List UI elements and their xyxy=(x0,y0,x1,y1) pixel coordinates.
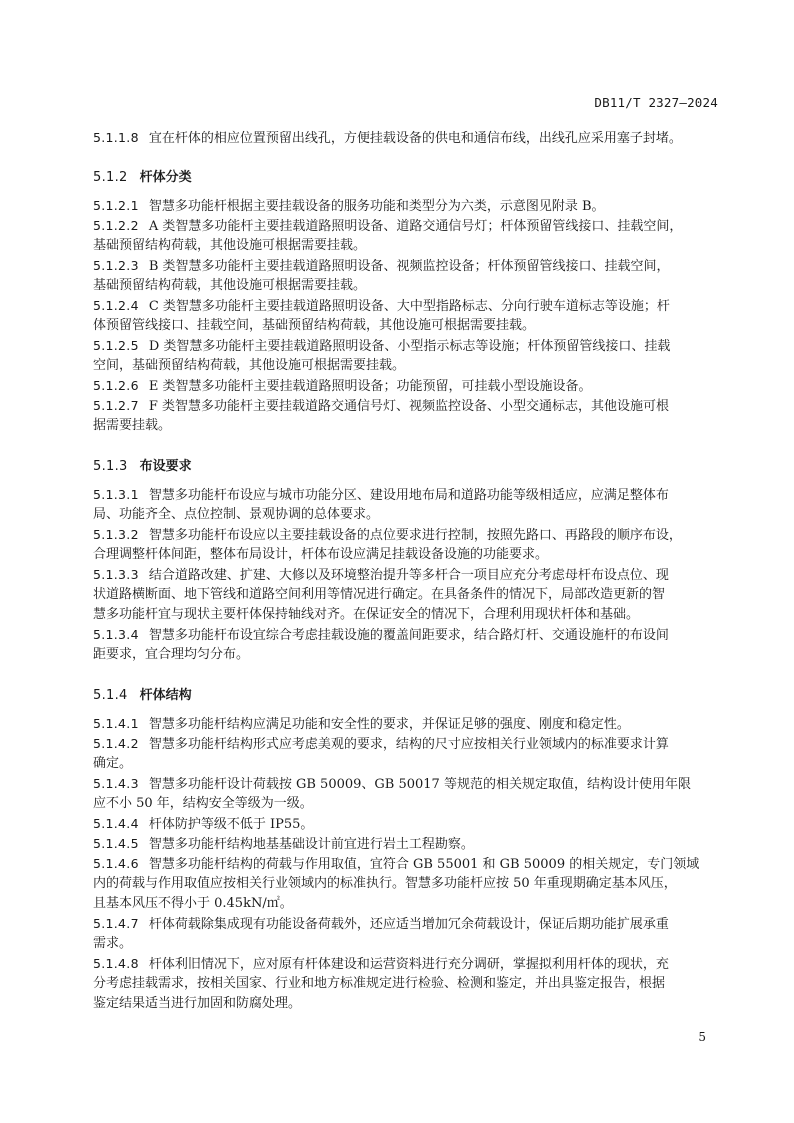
clause-continuation: 空间，基础预留结构荷载，其他设施可根据需要挂载。 xyxy=(93,356,405,376)
clause-5-1-3-4: 5.1.3.4智慧多功能杆布设宜综合考虑挂载设施的覆盖间距要求，结合路灯杆、交通… xyxy=(93,625,723,646)
clause-5-1-1-8: 5.1.1.8宜在杆体的相应位置预留出线孔，方便挂载设备的供电和通信布线，出线孔… xyxy=(93,128,723,149)
section-title: 杆体分类 xyxy=(140,170,192,185)
section-title: 布设要求 xyxy=(140,459,192,474)
clause-continuation: 合理调整杆体间距，整体布局设计，杆体布设应满足挂载设备设施的功能要求。 xyxy=(93,545,548,565)
clause-continuation: 基础预留结构荷载，其他设施可根据需要挂载。 xyxy=(93,236,366,256)
clause-continuation: 鉴定结果适当进行加固和防腐处理。 xyxy=(93,994,301,1014)
section-heading-5-1-3: 5.1.3布设要求 xyxy=(93,455,192,474)
clause-continuation: 分考虑挂载需求，按相关国家、行业和地方标准规定进行检验、检测和鉴定，并出具鉴定报… xyxy=(93,974,665,994)
clause-continuation: 需求。 xyxy=(93,934,132,954)
clause-continuation: 慧多功能杆宜与现状主要杆体保持轴线对齐。在保证安全的情况下，合理利用现状杆体和基… xyxy=(93,605,639,625)
clause-5-1-2-6: 5.1.2.6E 类智慧多功能杆主要挂载道路照明设备；功能预留，可挂载小型设施设… xyxy=(93,376,723,397)
clause-continuation: 应不小 50 年，结构安全等级为一级。 xyxy=(93,794,313,814)
clause-5-1-2-2: 5.1.2.2A 类智慧多功能杆主要挂载道路照明设备、道路交通信号灯；杆体预留管… xyxy=(93,216,723,237)
section-heading-5-1-4: 5.1.4杆体结构 xyxy=(93,684,192,703)
clause-5-1-4-6: 5.1.4.6智慧多功能杆结构的荷载与作用取值，宜符合 GB 55001 和 G… xyxy=(93,854,723,875)
clause-5-1-3-1: 5.1.3.1智慧多功能杆布设应与城市功能分区、建设用地布局和道路功能等级相适应… xyxy=(93,485,723,506)
clause-5-1-4-8: 5.1.4.8杆体利旧情况下，应对原有杆体建设和运营资料进行充分调研，掌握拟利用… xyxy=(93,954,723,975)
clause-5-1-2-7: 5.1.2.7F 类智慧多功能杆主要挂载道路交通信号灯、视频监控设备、小型交通标… xyxy=(93,396,723,417)
clause-continuation: 据需要挂载。 xyxy=(93,416,171,436)
clause-5-1-2-4: 5.1.2.4C 类智慧多功能杆主要挂载道路照明设备、大中型指路标志、分向行驶车… xyxy=(93,296,723,317)
document-code: DB11/T 2327—2024 xyxy=(594,95,718,110)
section-heading-5-1-2: 5.1.2杆体分类 xyxy=(93,166,192,185)
clause-continuation: 体预留管线接口、挂载空间，基础预留结构荷载，其他设施可根据需要挂载。 xyxy=(93,316,535,336)
clause-text: 宜在杆体的相应位置预留出线孔，方便挂载设备的供电和通信布线，出线孔应采用塞子封堵… xyxy=(149,131,682,146)
clause-5-1-3-2: 5.1.3.2智慧多功能杆布设应以主要挂载设备的点位要求进行控制，按照先路口、再… xyxy=(93,525,723,546)
clause-5-1-4-2: 5.1.4.2智慧多功能杆结构形式应考虑美观的要求，结构的尺寸应按相关行业领域内… xyxy=(93,734,723,755)
clause-number: 5.1.1.8 xyxy=(93,130,139,145)
clause-continuation: 状道路横断面、地下管线和道路空间利用等情况进行确定。在具备条件的情况下，局部改造… xyxy=(93,585,665,605)
clause-continuation: 基础预留结构荷载，其他设施可根据需要挂载。 xyxy=(93,276,366,296)
clause-5-1-4-5: 5.1.4.5智慧多功能杆结构地基基础设计前宜进行岩土工程勘察。 xyxy=(93,834,723,855)
clause-5-1-2-1: 5.1.2.1智慧多功能杆根据主要挂载设备的服务功能和类型分为六类，示意图见附录… xyxy=(93,196,723,217)
clause-continuation: 内的荷载与作用取值应按相关行业领域内的标准执行。智慧多功能杆应按 50 年重现期… xyxy=(93,874,677,894)
clause-5-1-4-3: 5.1.4.3智慧多功能杆设计荷载按 GB 50009、GB 50017 等规范… xyxy=(93,774,723,795)
clause-5-1-4-7: 5.1.4.7杆体荷载除集成现有功能设备荷载外，还应适当增加冗余荷载设计，保证后… xyxy=(93,914,723,935)
section-title: 杆体结构 xyxy=(140,688,192,703)
clause-continuation: 距要求，宜合理均匀分布。 xyxy=(93,645,249,665)
clause-5-1-2-3: 5.1.2.3B 类智慧多功能杆主要挂载道路照明设备、视频监控设备；杆体预留管线… xyxy=(93,256,723,277)
page-number: 5 xyxy=(698,1030,706,1044)
clause-continuation: 局、功能齐全、点位控制、景观协调的总体要求。 xyxy=(93,505,379,525)
clause-5-1-4-1: 5.1.4.1智慧多功能杆结构应满足功能和安全性的要求，并保证足够的强度、刚度和… xyxy=(93,714,723,735)
clause-5-1-4-4: 5.1.4.4杆体防护等级不低于 IP55。 xyxy=(93,814,723,835)
clause-continuation: 确定。 xyxy=(93,754,132,774)
clause-5-1-2-5: 5.1.2.5D 类智慧多功能杆主要挂载道路照明设备、小型指示标志等设施；杆体预… xyxy=(93,336,723,357)
clause-5-1-3-3: 5.1.3.3结合道路改建、扩建、大修以及环境整治提升等多杆合一项目应充分考虑母… xyxy=(93,565,723,586)
clause-continuation: 且基本风压不得小于 0.45kN/㎡。 xyxy=(93,894,293,914)
